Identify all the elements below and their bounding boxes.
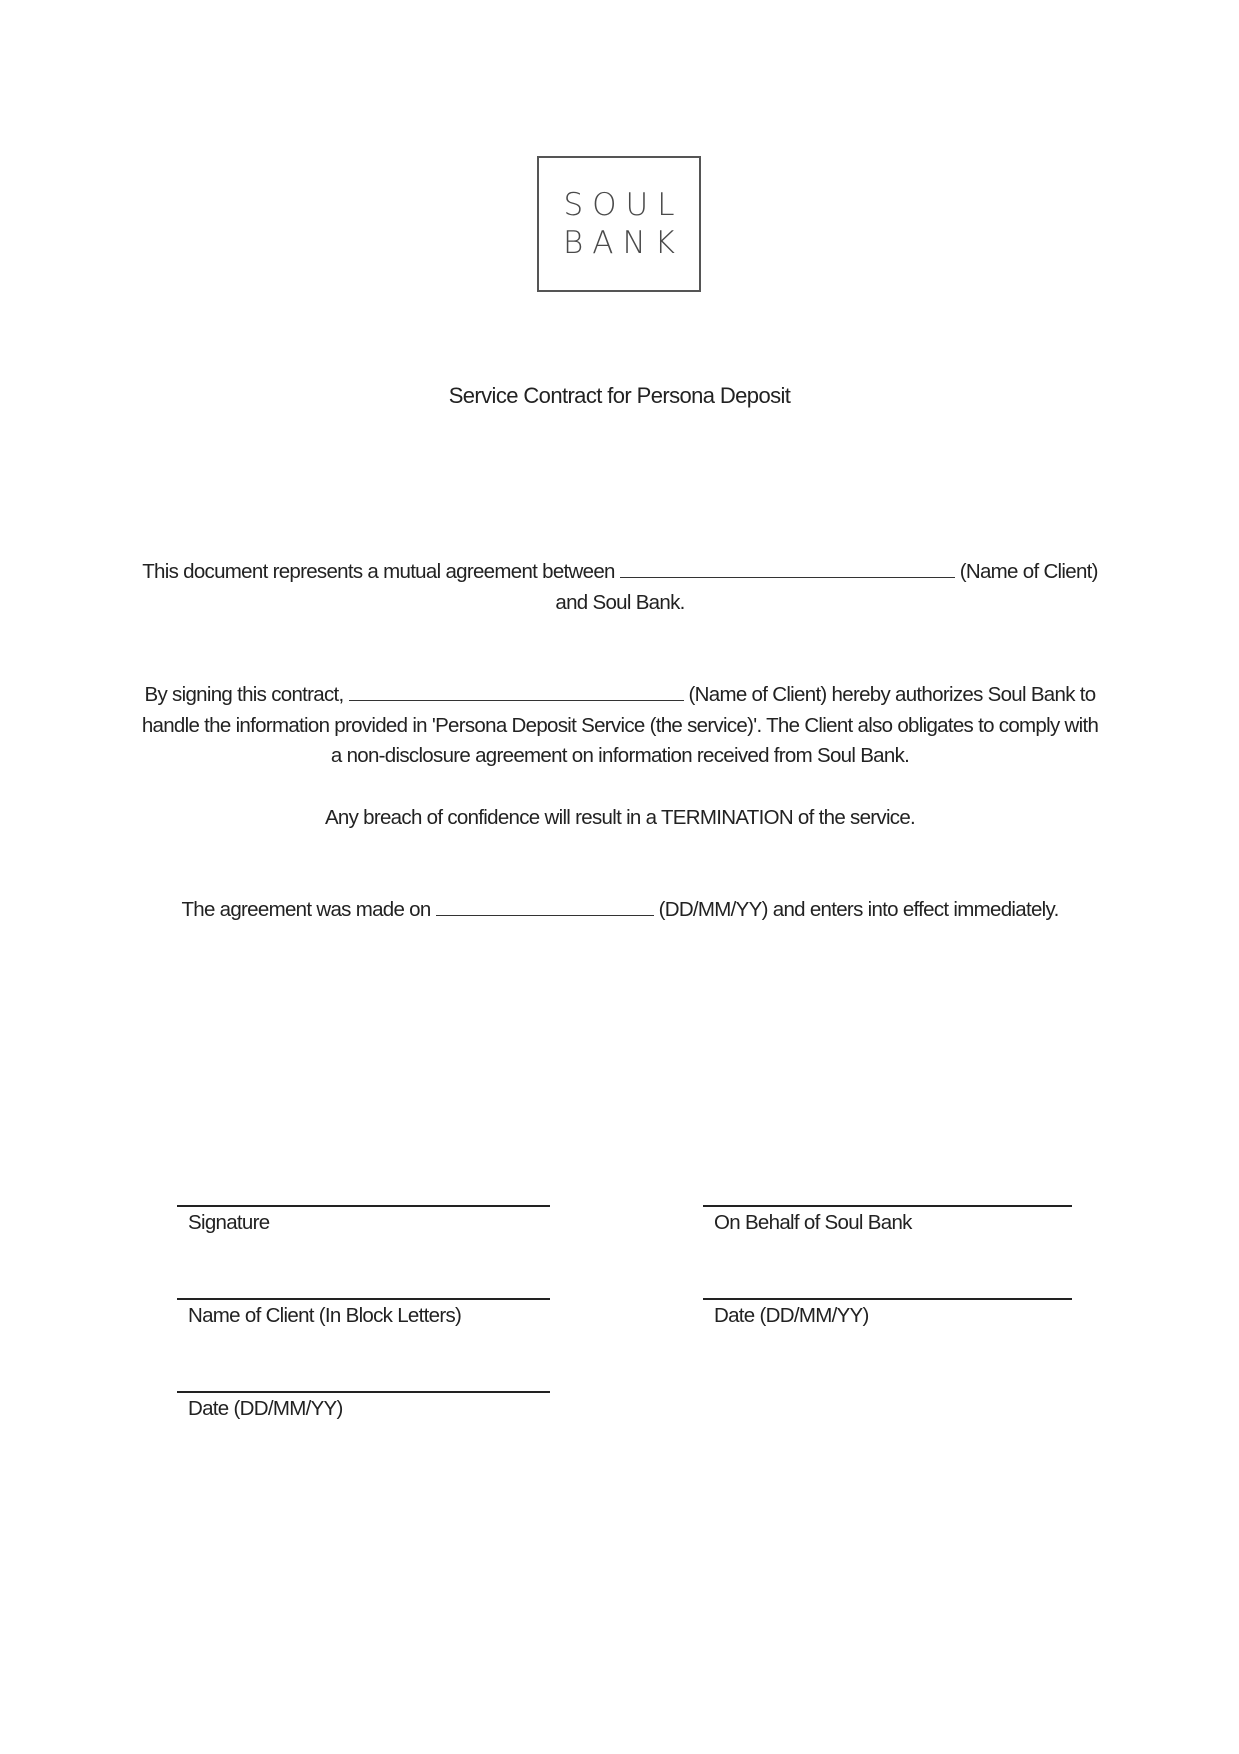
bank-date-label: Date (DD/MM/YY) — [703, 1300, 1072, 1328]
authorization-paragraph: By signing this contract, (Name of Clien… — [140, 680, 1100, 772]
soul-bank-logo: SOUL BANK — [537, 156, 701, 292]
bank-signature-line[interactable]: On Behalf of Soul Bank — [703, 1205, 1072, 1235]
client-name-blank-2[interactable] — [349, 682, 684, 701]
agreement-parties-paragraph: This document represents a mutual agreem… — [140, 557, 1100, 618]
agreement-date-paragraph: The agreement was made on (DD/MM/YY) and… — [140, 895, 1100, 926]
client-name-line[interactable]: Name of Client (In Block Letters) — [177, 1298, 550, 1328]
paragraph4-text-after: (DD/MM/YY) and enters into effect immedi… — [654, 898, 1059, 921]
client-date-line[interactable]: Date (DD/MM/YY) — [177, 1391, 550, 1421]
bank-date-line[interactable]: Date (DD/MM/YY) — [703, 1298, 1072, 1328]
client-date-label: Date (DD/MM/YY) — [177, 1393, 550, 1421]
paragraph2-text-before: By signing this contract, — [145, 683, 349, 706]
bank-signature-label: On Behalf of Soul Bank — [703, 1207, 1072, 1235]
client-name-label: Name of Client (In Block Letters) — [177, 1300, 550, 1328]
logo-line-2: BANK — [554, 224, 684, 262]
logo-line-1: SOUL — [554, 186, 683, 224]
client-signature-label: Signature — [177, 1207, 550, 1235]
client-signature-line[interactable]: Signature — [177, 1205, 550, 1235]
document-title: Service Contract for Persona Deposit — [0, 383, 1239, 409]
client-name-blank-1[interactable] — [620, 559, 955, 578]
paragraph1-text-before: This document represents a mutual agreem… — [142, 560, 620, 583]
paragraph4-text-before: The agreement was made on — [181, 898, 435, 921]
agreement-date-blank[interactable] — [436, 897, 654, 916]
termination-notice: Any breach of confidence will result in … — [140, 803, 1100, 834]
